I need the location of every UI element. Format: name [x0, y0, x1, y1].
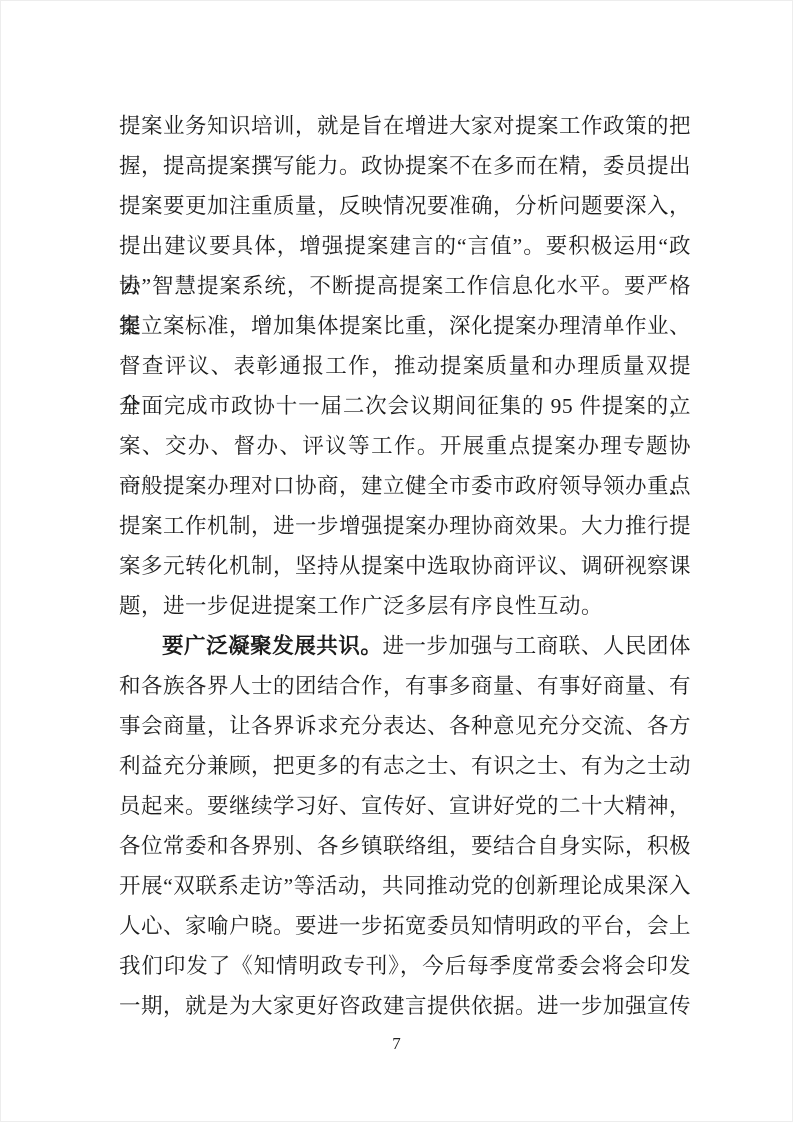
text-line: 全面完成市政协十一届二次会议期间征集的 95 件提案的立: [119, 386, 691, 426]
body-text: 提案要更加注重质量，反映情况要准确，分析问题要深入，: [119, 194, 691, 218]
text-line: 提案要更加注重质量，反映情况要准确，分析问题要深入，: [119, 186, 691, 226]
body-text: 全面完成市政协十一届二次会议期间征集的 95 件提案的立: [119, 394, 691, 418]
text-line: 我们印发了《知情明政专刊》，今后每季度常委会将会印发: [119, 946, 691, 986]
text-line: 案立案标准，增加集体提案比重，深化提案办理清单作业、: [119, 306, 691, 346]
text-line: 提案工作机制，进一步增强提案办理协商效果。大力推行提: [119, 506, 691, 546]
text-line: 提案业务知识培训，就是旨在增进大家对提案工作政策的把: [119, 106, 691, 146]
text-line: 题，进一步促进提案工作广泛多层有序良性互动。: [119, 586, 691, 626]
text-line: 和各族各界人士的团结合作，有事多商量、有事好商量、有: [119, 666, 691, 706]
text-line: 开展“双联系走访”等活动，共同推动党的创新理论成果深入: [119, 866, 691, 906]
text-line: 云”智慧提案系统，不断提高提案工作信息化水平。要严格提: [119, 266, 691, 306]
text-line: 事会商量，让各界诉求充分表达、各种意见充分交流、各方: [119, 706, 691, 746]
text-line: 员起来。要继续学习好、宣传好、宣讲好党的二十大精神，: [119, 786, 691, 826]
text-line: 提出建议要具体，增强提案建言的“言值”。要积极运用“政协: [119, 226, 691, 266]
body-text: 提案业务知识培训，就是旨在增进大家对提案工作政策的把: [119, 114, 691, 138]
body-text: 案立案标准，增加集体提案比重，深化提案办理清单作业、: [119, 314, 691, 338]
body-text: 握，提高提案撰写能力。政协提案不在多而在精，委员提出: [119, 154, 691, 178]
text-line: 利益充分兼顾，把更多的有志之士、有识之士、有为之士动: [119, 746, 691, 786]
text-line: 一期，就是为大家更好咨政建言提供依据。进一步加强宣传: [119, 986, 691, 1026]
body-text: 题，进一步促进提案工作广泛多层有序良性互动。: [119, 594, 603, 618]
body-text: 开展“双联系走访”等活动，共同推动党的创新理论成果深入: [119, 874, 691, 898]
body-text: 利益充分兼顾，把更多的有志之士、有识之士、有为之士动: [119, 754, 691, 778]
text-line: 各位常委和各界别、各乡镇联络组，要结合自身实际，积极: [119, 826, 691, 866]
body-text: 事会商量，让各界诉求充分表达、各种意见充分交流、各方: [119, 714, 691, 738]
text-line: 案、交办、督办、评议等工作。开展重点提案办理专题协商、: [119, 426, 691, 466]
body-text: 人心、家喻户晓。要进一步拓宽委员知情明政的平台，会上: [119, 914, 691, 938]
body-text: 员起来。要继续学习好、宣传好、宣讲好党的二十大精神，: [119, 794, 691, 818]
page-number: 7: [1, 1034, 792, 1054]
text-line: 案多元转化机制，坚持从提案中选取协商评议、调研视察课: [119, 546, 691, 586]
paragraph-bold-lead: 要广泛凝聚发展共识。: [162, 634, 382, 658]
text-line: 要广泛凝聚发展共识。进一步加强与工商联、人民团体: [119, 626, 691, 666]
document-body: 提案业务知识培训，就是旨在增进大家对提案工作政策的把握，提高提案撰写能力。政协提…: [119, 106, 691, 1026]
body-text: 提案工作机制，进一步增强提案办理协商效果。大力推行提: [119, 514, 691, 538]
text-line: 督查评议、表彰通报工作，推动提案质量和办理质量双提升，: [119, 346, 691, 386]
body-text: 我们印发了《知情明政专刊》，今后每季度常委会将会印发: [119, 954, 691, 978]
body-text: 一期，就是为大家更好咨政建言提供依据。进一步加强宣传: [119, 994, 691, 1018]
body-text: 各位常委和各界别、各乡镇联络组，要结合自身实际，积极: [119, 834, 691, 858]
body-text: 和各族各界人士的团结合作，有事多商量、有事好商量、有: [119, 674, 691, 698]
body-text: 一般提案办理对口协商，建立健全市委市政府领导领办重点: [119, 474, 691, 498]
text-line: 人心、家喻户晓。要进一步拓宽委员知情明政的平台，会上: [119, 906, 691, 946]
document-page: 提案业务知识培训，就是旨在增进大家对提案工作政策的把握，提高提案撰写能力。政协提…: [0, 0, 793, 1122]
text-line: 握，提高提案撰写能力。政协提案不在多而在精，委员提出: [119, 146, 691, 186]
body-text: 案多元转化机制，坚持从提案中选取协商评议、调研视察课: [119, 554, 691, 578]
body-text: 进一步加强与工商联、人民团体: [382, 634, 691, 658]
text-line: 一般提案办理对口协商，建立健全市委市政府领导领办重点: [119, 466, 691, 506]
